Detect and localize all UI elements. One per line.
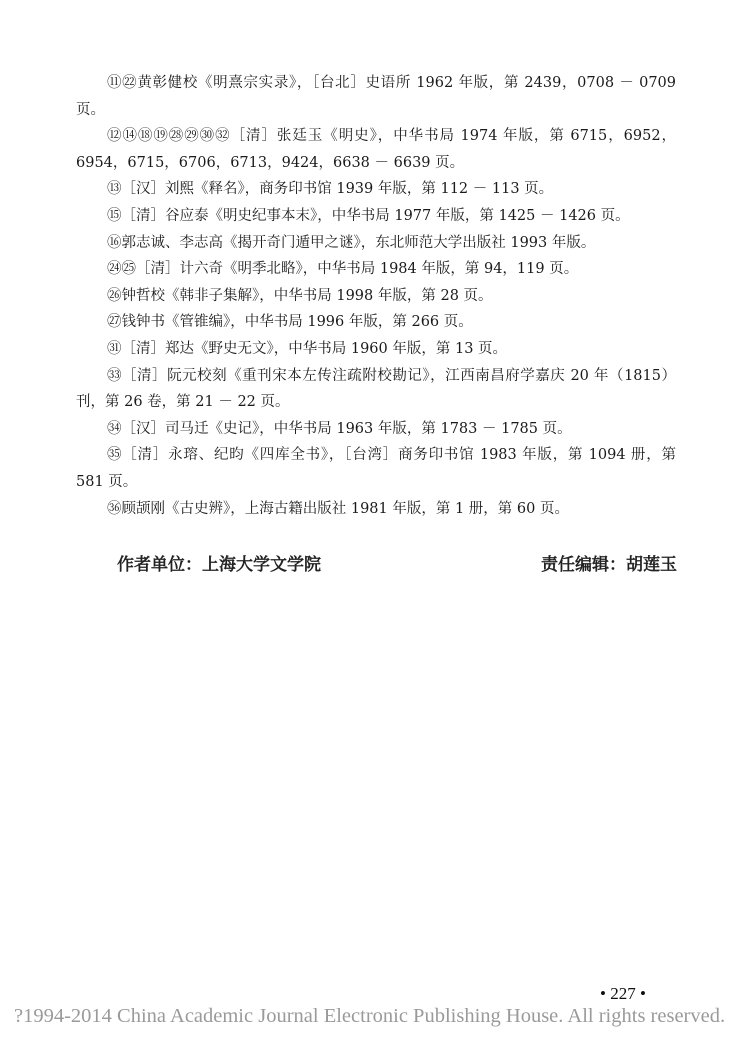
- footnote-27: ㉗钱钟书《管锥编》，中华书局 1996 年版，第 266 页。: [76, 309, 676, 336]
- footnote-34: ㉞［汉］司马迁《史记》，中华书局 1963 年版，第 1783 － 1785 页…: [76, 416, 676, 443]
- footnote-24-25: ㉔㉕［清］计六奇《明季北略》，中华书局 1984 年版，第 94，119 页。: [76, 256, 676, 283]
- footnote-33: ㉝［清］阮元校刻《重刊宋本左传注疏附校勘记》，江西南昌府学嘉庆 20 年（181…: [76, 363, 676, 416]
- footnote-36: ㊱顾颉刚《古史辨》，上海古籍出版社 1981 年版，第 1 册，第 60 页。: [76, 496, 676, 523]
- responsible-editor: 责任编辑：胡莲玉: [541, 550, 677, 575]
- article-footer: 作者单位：上海大学文学院 责任编辑：胡莲玉: [117, 550, 677, 575]
- footnote-12-32: ⑫⑭⑱⑲㉘㉙㉚㉜［清］张廷玉《明史》，中华书局 1974 年版，第 6715，6…: [76, 123, 676, 176]
- footnote-31: ㉛［清］郑达《野史无文》，中华书局 1960 年版，第 13 页。: [76, 336, 676, 363]
- footnote-26: ㉖钟哲校《韩非子集解》，中华书局 1998 年版，第 28 页。: [76, 283, 676, 310]
- footnote-13: ⑬［汉］刘熙《释名》，商务印书馆 1939 年版，第 112 － 113 页。: [76, 176, 676, 203]
- author-unit: 作者单位：上海大学文学院: [117, 550, 321, 575]
- footnote-35: ㉟［清］永瑢、纪昀《四库全书》，［台湾］商务印书馆 1983 年版，第 1094…: [76, 442, 676, 495]
- page-number: • 227 •: [600, 984, 646, 1004]
- footnote-11-22: ⑪㉒黄彰健校《明熹宗实录》，［台北］史语所 1962 年版，第 2439，070…: [76, 70, 676, 123]
- copyright-notice: ?1994-2014 China Academic Journal Electr…: [14, 1005, 734, 1028]
- footnote-16: ⑯郭志诚、李志高《揭开奇门遁甲之谜》，东北师范大学出版社 1993 年版。: [76, 230, 676, 257]
- footnotes-list: ⑪㉒黄彰健校《明熹宗实录》，［台北］史语所 1962 年版，第 2439，070…: [76, 70, 676, 522]
- footnote-15: ⑮［清］谷应泰《明史纪事本末》，中华书局 1977 年版，第 1425 － 14…: [76, 203, 676, 230]
